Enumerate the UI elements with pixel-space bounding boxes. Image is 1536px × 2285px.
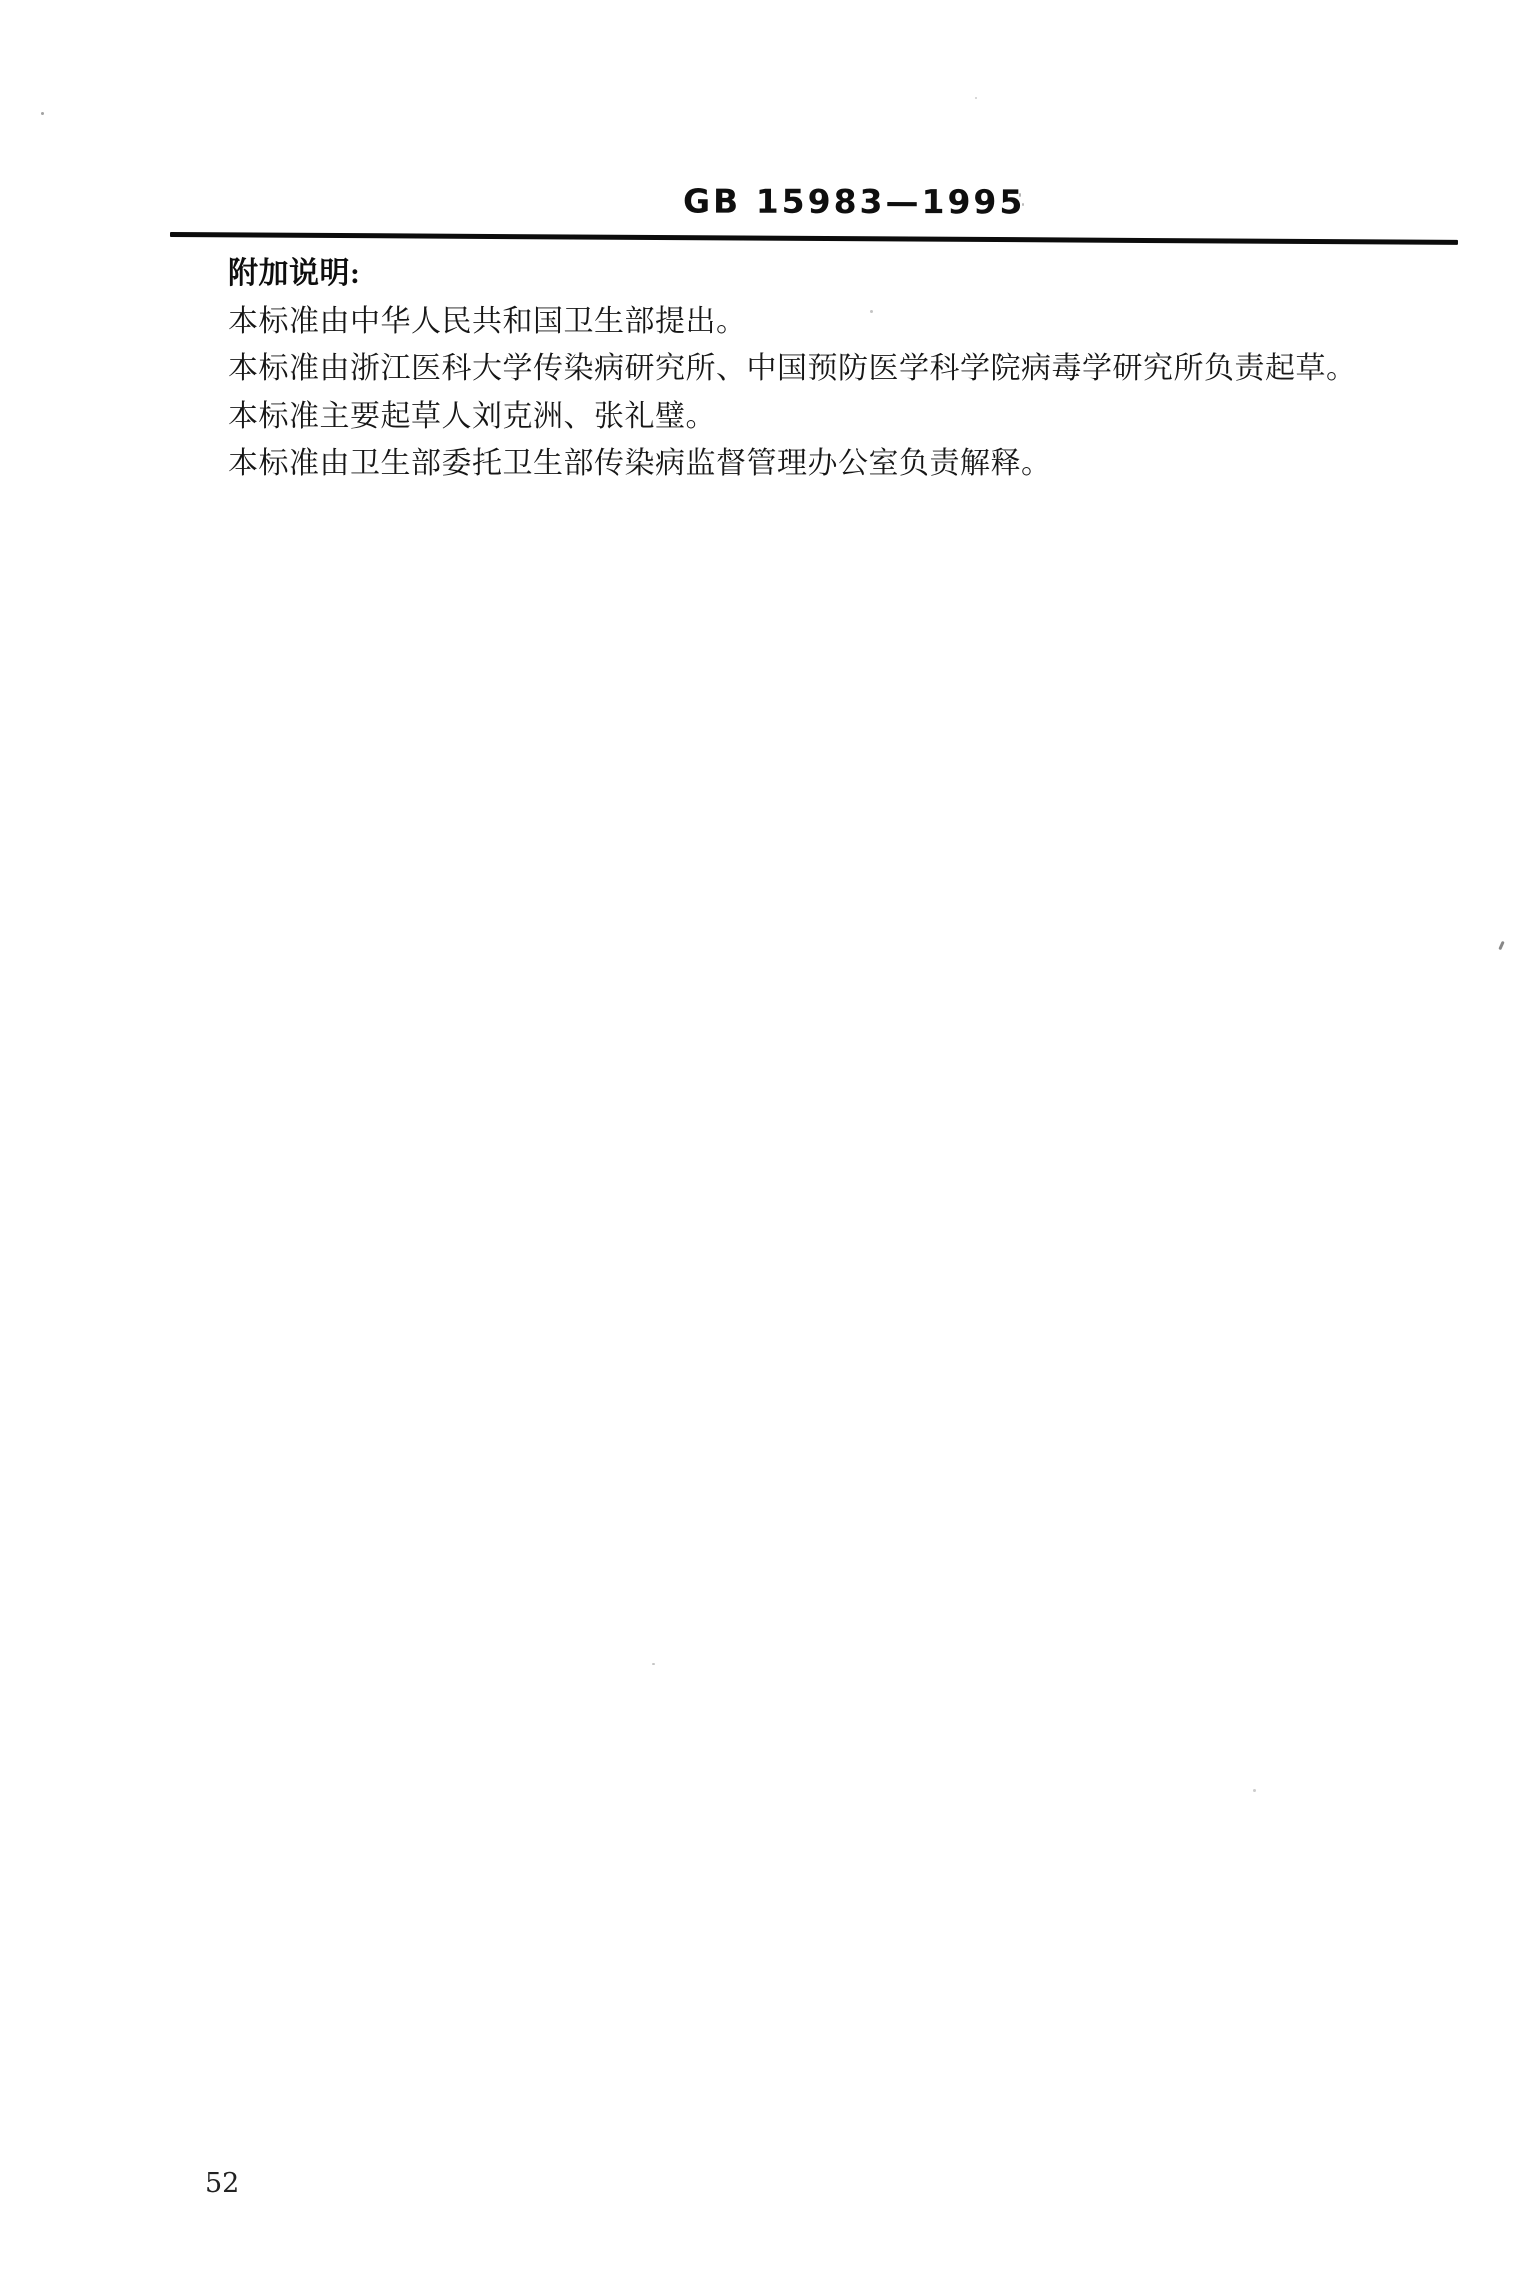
addendum-line-proposer: 本标准由中华人民共和国卫生部提出。 bbox=[228, 298, 1408, 346]
scan-speck bbox=[652, 1663, 655, 1665]
addendum-section-title: 附加说明: bbox=[228, 250, 1408, 298]
scan-speck bbox=[41, 112, 44, 115]
addendum-line-drafting-organizations: 本标准由浙江医科大学传染病研究所、中国预防医学科学院病毒学研究所负责起草。 bbox=[228, 345, 1408, 393]
scan-speck bbox=[975, 97, 977, 99]
page-number: 52 bbox=[205, 2168, 239, 2199]
scan-speck bbox=[1022, 203, 1024, 206]
addendum-line-chief-drafters: 本标准主要起草人刘克洲、张礼璧。 bbox=[228, 393, 1408, 441]
scan-speck bbox=[1019, 193, 1021, 197]
scan-speck bbox=[1253, 1789, 1256, 1792]
header-divider-rule bbox=[170, 232, 1458, 245]
addendum-line-interpretation-authority: 本标准由卫生部委托卫生部传染病监督管理办公室负责解释。 bbox=[228, 440, 1408, 488]
scan-speck bbox=[870, 310, 873, 313]
addendum-section: 附加说明: 本标准由中华人民共和国卫生部提出。 本标准由浙江医科大学传染病研究所… bbox=[228, 250, 1408, 488]
scan-speck bbox=[1498, 941, 1504, 950]
scanned-document-page: GB 15983—1995 附加说明: 本标准由中华人民共和国卫生部提出。 本标… bbox=[0, 0, 1536, 2285]
standard-code-header: GB 15983—1995 bbox=[683, 182, 1025, 222]
